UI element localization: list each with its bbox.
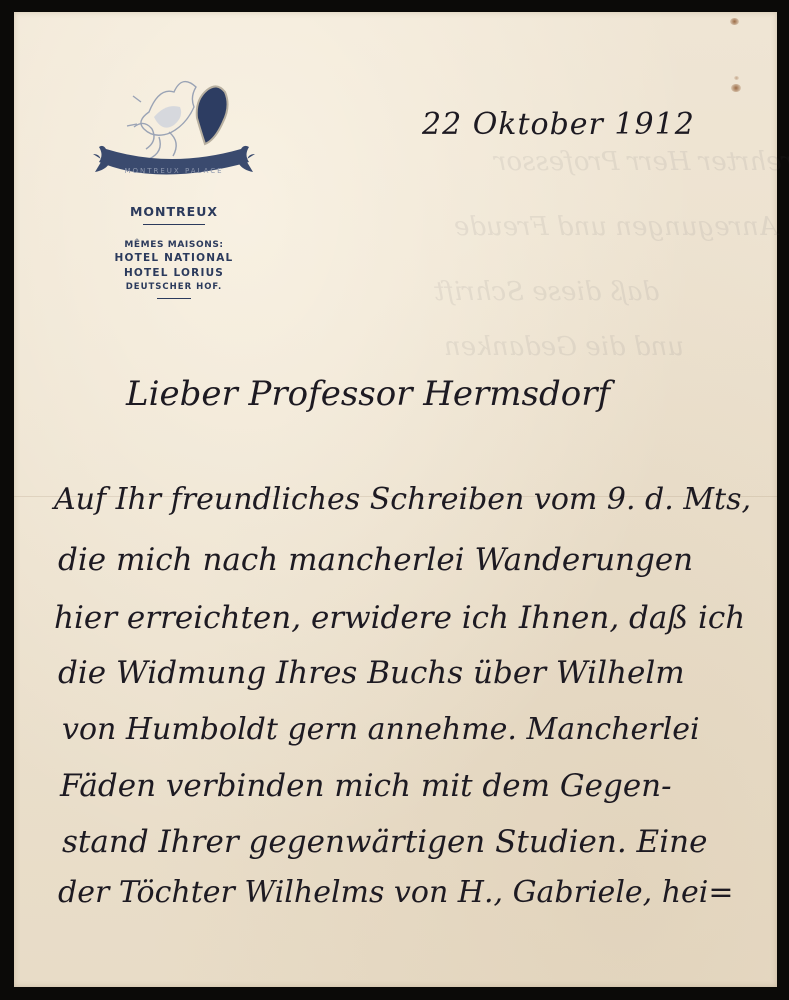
letter-line: Fäden verbinden mich mit dem Gegen- [60, 768, 672, 804]
subtitle: MÊMES MAISONS: [84, 239, 264, 251]
bleed-through-text: verehrter Herr Professor [494, 147, 789, 177]
divider [143, 224, 205, 225]
letter-date: 22 Oktober 1912 [422, 107, 695, 142]
letter-sheet: verehrter Herr Professor Anregungen und … [14, 12, 777, 987]
hotel-crest-icon: MONTREUX PALACE [89, 72, 259, 192]
divider [157, 298, 191, 299]
svg-text:MONTREUX PALACE: MONTREUX PALACE [124, 167, 223, 175]
letter-line: der Töchter Wilhelms von H., Gabriele, h… [58, 875, 734, 910]
letter-line: die Widmung Ihres Buchs über Wilhelm [58, 655, 685, 691]
letter-line: hier erreichten, erwidere ich Ihnen, daß… [54, 600, 745, 636]
hotel-name: HOTEL LORIUS [84, 266, 264, 281]
letter-line: die mich nach mancherlei Wanderungen [58, 542, 693, 578]
hotel-name: HOTEL NATIONAL [84, 251, 264, 266]
letterhead: MONTREUX PALACE MONTREUX MÊMES MAISONS: … [84, 72, 264, 299]
foxing-spot [731, 84, 741, 92]
city-name: MONTREUX [84, 204, 264, 219]
bleed-through-text: und die Gedanken [444, 332, 684, 362]
letter-line: von Humboldt gern annehme. Mancherlei [62, 712, 700, 747]
salutation: Lieber Professor Hermsdorf [126, 374, 610, 414]
foxing-spot [734, 76, 739, 80]
letter-line: Auf Ihr freundliches Schreiben vom 9. d.… [54, 482, 751, 517]
hotel-name: DEUTSCHER HOF. [84, 281, 264, 293]
bleed-through-text: daß diese Schrift [434, 277, 659, 307]
foxing-spot [730, 18, 739, 25]
bleed-through-text: Anregungen und Freude [454, 212, 778, 242]
letter-line: stand Ihrer gegenwärtigen Studien. Eine [62, 824, 707, 860]
